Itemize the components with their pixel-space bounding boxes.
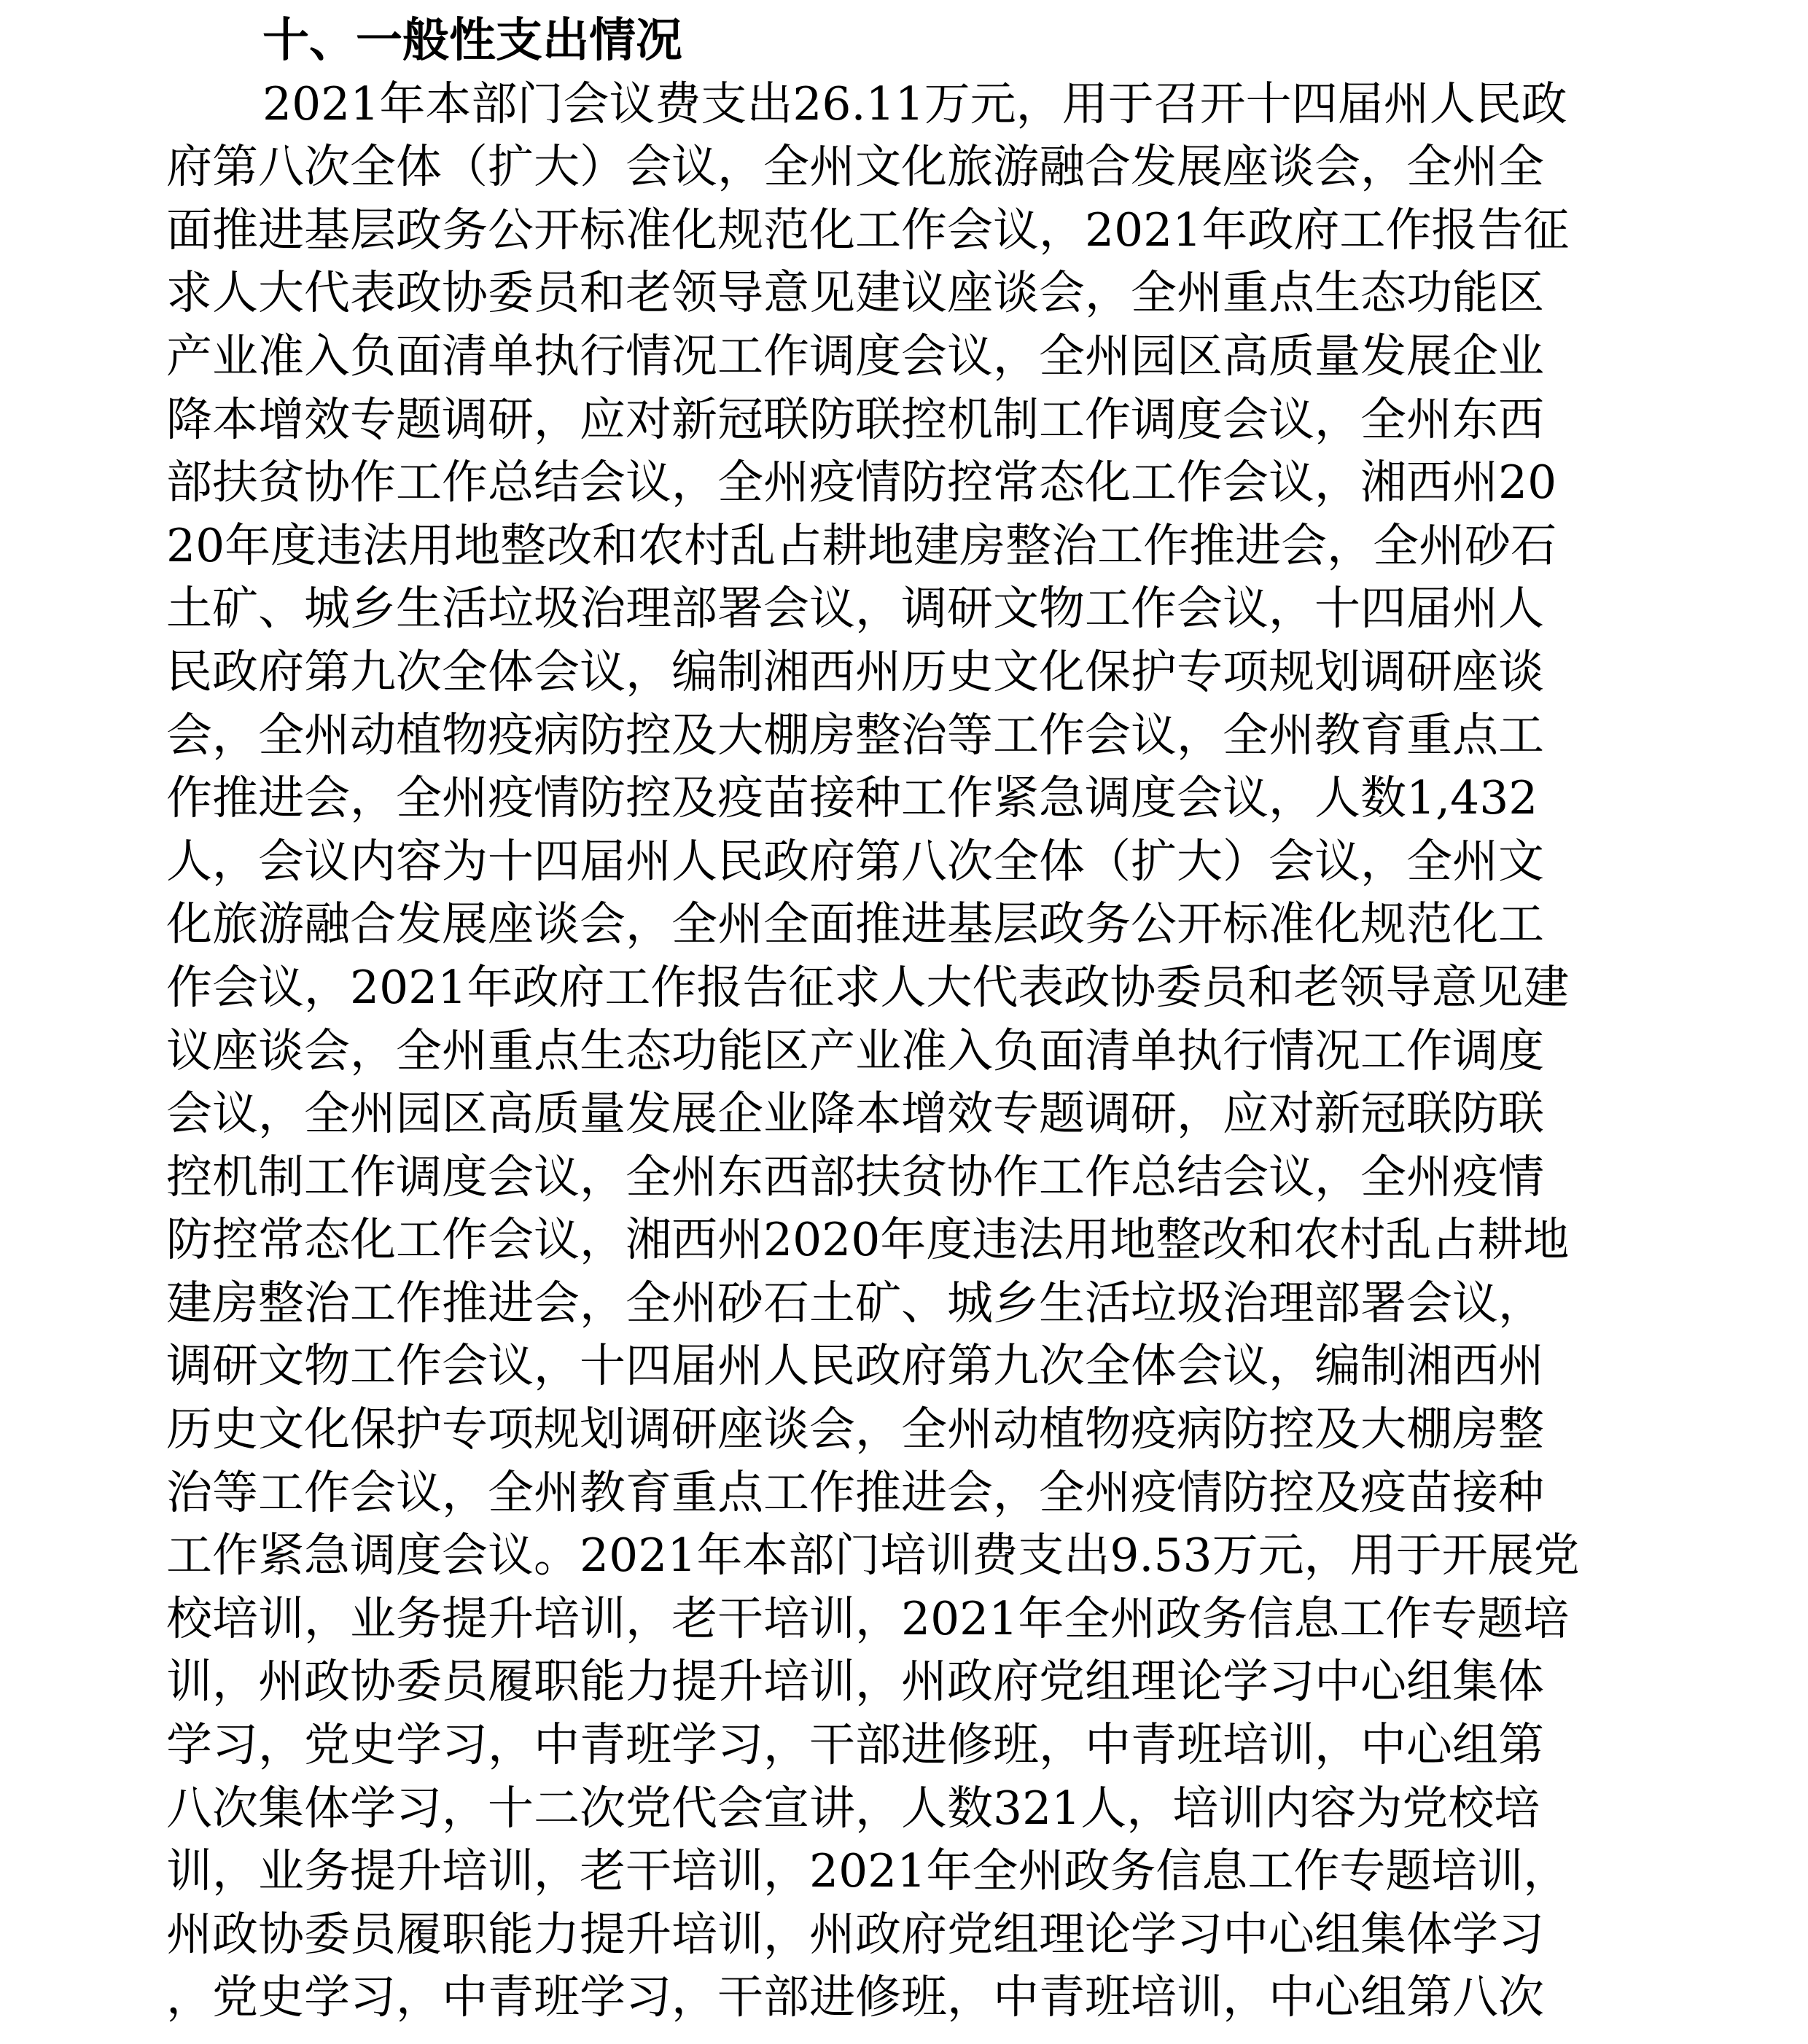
- paragraph-line: 20年度违法用地整改和农村乱占耕地建房整治工作推进会，全州砂石: [166, 515, 1624, 578]
- paragraph-line: 2021年本部门会议费支出26.11万元，用于召开十四届州人民政: [166, 73, 1624, 136]
- paragraph-line: 化旅游融合发展座谈会，全州全面推进基层政务公开标准化规范化工: [166, 893, 1624, 956]
- paragraph-line: 历史文化保护专项规划调研座谈会，全州动植物疫病防控及大棚房整: [166, 1398, 1624, 1462]
- paragraph-line: 议座谈会，全州重点生态功能区产业准入负面清单执行情况工作调度: [166, 1020, 1624, 1083]
- paragraph-line: 土矿、城乡生活垃圾治理部署会议，调研文物工作会议，十四届州人: [166, 577, 1624, 641]
- paragraph-line: 工作紧急调度会议。2021年本部门培训费支出9.53万元，用于开展党: [166, 1524, 1624, 1588]
- paragraph-line: 防控常态化工作会议，湘西州2020年度违法用地整改和农村乱占耕地: [166, 1209, 1624, 1272]
- paragraph-line: 产业准入负面清单执行情况工作调度会议，全州园区高质量发展企业: [166, 325, 1624, 389]
- paragraph-line: 面推进基层政务公开标准化规范化工作会议，2021年政府工作报告征: [166, 199, 1624, 262]
- paragraph-line: 训，业务提升培训，老干培训，2021年全州政务信息工作专题培训，: [166, 1840, 1624, 1903]
- paragraph-line: 求人大代表政协委员和老领导意见建议座谈会，全州重点生态功能区: [166, 262, 1624, 325]
- paragraph-line: 训，州政协委员履职能力提升培训，州政府党组理论学习中心组集体: [166, 1650, 1624, 1714]
- paragraph-line: 调研文物工作会议，十四届州人民政府第九次全体会议，编制湘西州: [166, 1335, 1624, 1398]
- paragraph-line: 八次集体学习，十二次党代会宣讲，人数321人，培训内容为党校培: [166, 1777, 1624, 1841]
- paragraph-line: 人，会议内容为十四届州人民政府第八次全体（扩大）会议，全州文: [166, 830, 1624, 894]
- paragraph-line: 学习，党史学习，中青班学习，干部进修班，中青班培训，中心组第: [166, 1714, 1624, 1777]
- paragraph-line: 治等工作会议，全州教育重点工作推进会，全州疫情防控及疫苗接种: [166, 1462, 1624, 1525]
- section-heading: 十、一般性支出情况: [166, 9, 1624, 73]
- paragraph-line: 建房整治工作推进会，全州砂石土矿、城乡生活垃圾治理部署会议，: [166, 1272, 1624, 1335]
- paragraph-line: 降本增效专题调研，应对新冠联防联控机制工作调度会议，全州东西: [166, 389, 1624, 452]
- paragraph-line: 民政府第九次全体会议，编制湘西州历史文化保护专项规划调研座谈: [166, 641, 1624, 704]
- paragraph-line: 会议，全州园区高质量发展企业降本增效专题调研，应对新冠联防联: [166, 1083, 1624, 1146]
- paragraph-line: 会，全州动植物疫病防控及大棚房整治等工作会议，全州教育重点工: [166, 704, 1624, 768]
- body-paragraph: 2021年本部门会议费支出26.11万元，用于召开十四届州人民政 府第八次全体（…: [166, 73, 1624, 2029]
- paragraph-line: 府第八次全体（扩大）会议，全州文化旅游融合发展座谈会，全州全: [166, 136, 1624, 199]
- paragraph-line: 州政协委员履职能力提升培训，州政府党组理论学习中心组集体学习: [166, 1903, 1624, 1967]
- paragraph-line: 作会议，2021年政府工作报告征求人大代表政协委员和老领导意见建: [166, 956, 1624, 1020]
- paragraph-line: 校培训，业务提升培训，老干培训，2021年全州政务信息工作专题培: [166, 1588, 1624, 1651]
- document-page: 十、一般性支出情况 2021年本部门会议费支出26.11万元，用于召开十四届州人…: [166, 9, 1624, 2029]
- paragraph-line: 控机制工作调度会议，全州东西部扶贫协作工作总结会议，全州疫情: [166, 1146, 1624, 1209]
- paragraph-line: ，党史学习，中青班学习，干部进修班，中青班培训，中心组第八次: [166, 1966, 1624, 2029]
- paragraph-line: 部扶贫协作工作总结会议，全州疫情防控常态化工作会议，湘西州20: [166, 451, 1624, 515]
- paragraph-line: 作推进会，全州疫情防控及疫苗接种工作紧急调度会议，人数1,432: [166, 767, 1624, 830]
